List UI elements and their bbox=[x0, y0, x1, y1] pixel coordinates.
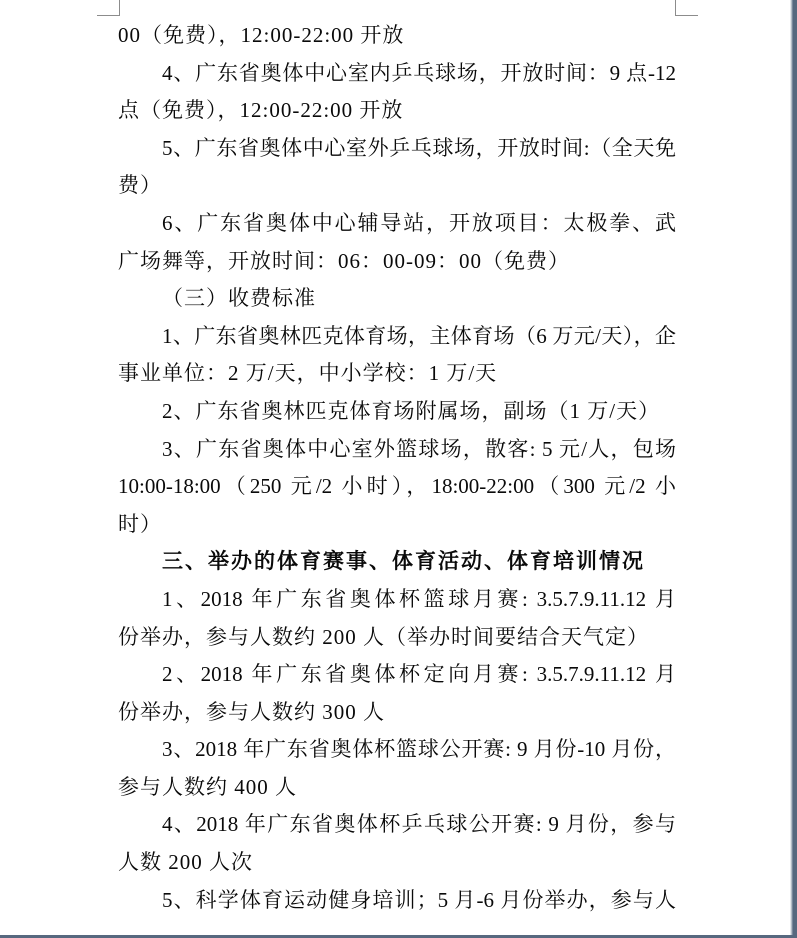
document-line: 广场舞等，开放时间：06：00-09：00（免费） bbox=[118, 243, 676, 281]
document-line: （三）收费标准 bbox=[118, 280, 676, 318]
document-line: 3、广东省奥体中心室外篮球场，散客: 5 元/人，包场 bbox=[118, 431, 676, 469]
document-line: 点（免费），12:00-22:00 开放 bbox=[118, 92, 676, 130]
document-line: 参与人数约 400 人 bbox=[118, 769, 676, 807]
document-line: 5、科学体育运动健身培训；5 月-6 月份举办，参与人 bbox=[118, 882, 676, 920]
text-boundary-mark-top-right-horizontal bbox=[675, 15, 698, 16]
text-boundary-mark-top-right-vertical bbox=[675, 0, 676, 15]
document-line: 费） bbox=[118, 167, 676, 205]
document-line: 1、广东省奥林匹克体育场，主体育场（6 万元/天），企 bbox=[118, 318, 676, 356]
document-line: 10:00-18:00（250 元/2 小时），18:00-22:00（300 … bbox=[118, 468, 676, 506]
document-line: 三、举办的体育赛事、体育活动、体育培训情况 bbox=[118, 543, 676, 581]
document-line: 人数 200 人次 bbox=[118, 844, 676, 882]
document-line: 份举办，参与人数约 300 人 bbox=[118, 694, 676, 732]
document-line: 时） bbox=[118, 506, 676, 544]
document-line: 6、广东省奥体中心辅导站，开放项目：太极拳、武术、 bbox=[118, 205, 676, 243]
document-line: 4、2018 年广东省奥体杯乒乓球公开赛: 9 月份，参与 bbox=[118, 806, 676, 844]
document-page: 00（免费），12:00-22:00 开放4、广东省奥体中心室内乒乓球场，开放时… bbox=[0, 0, 797, 938]
document-line: 1、2018 年广东省奥体杯篮球月赛: 3.5.7.9.11.12 月 bbox=[118, 581, 676, 619]
window-edge-right bbox=[790, 0, 797, 938]
document-line: 事业单位：2 万/天，中小学校：1 万/天 bbox=[118, 355, 676, 393]
document-line: 00（免费），12:00-22:00 开放 bbox=[118, 17, 676, 55]
document-line: 2、广东省奥林匹克体育场附属场，副场（1 万/天） bbox=[118, 393, 676, 431]
text-boundary-mark-top-left-vertical bbox=[119, 0, 120, 15]
document-text-area[interactable]: 00（免费），12:00-22:00 开放4、广东省奥体中心室内乒乓球场，开放时… bbox=[118, 17, 676, 919]
document-line: 5、广东省奥体中心室外乒乓球场，开放时间:（全天免 bbox=[118, 130, 676, 168]
document-line: 2、2018 年广东省奥体杯定向月赛: 3.5.7.9.11.12 月 bbox=[118, 656, 676, 694]
document-line: 份举办，参与人数约 200 人（举办时间要结合天气定） bbox=[118, 619, 676, 657]
document-line: 4、广东省奥体中心室内乒乓球场，开放时间：9 点-12 bbox=[118, 55, 676, 93]
document-line: 3、2018 年广东省奥体杯篮球公开赛: 9 月份-10 月份， bbox=[118, 731, 676, 769]
text-boundary-mark-top-left-horizontal bbox=[97, 15, 120, 16]
